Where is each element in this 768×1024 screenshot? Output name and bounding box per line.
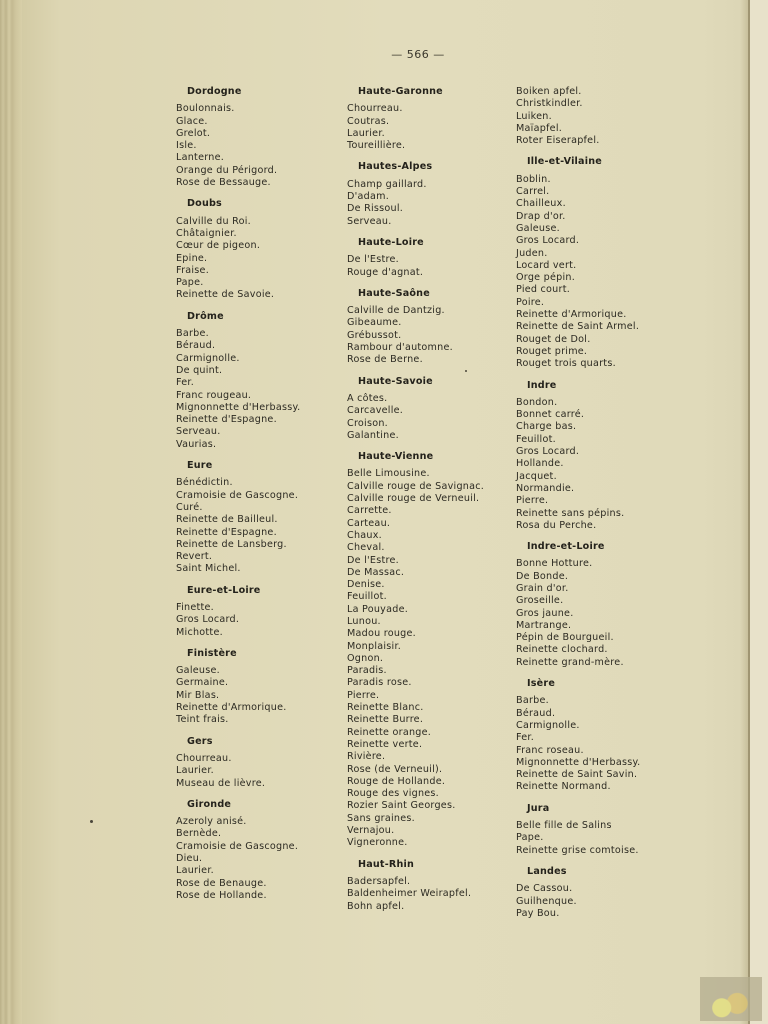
department-section: Haute-LoireDe l'Estre.Rouge d'agnat. (347, 237, 512, 279)
variety-item: Finette. (176, 602, 336, 614)
variety-list: Calville de Dantzig.Gibeaume.Grébussot.R… (347, 305, 512, 366)
department-heading: Doubs (187, 198, 336, 210)
variety-item: Isle. (176, 140, 336, 152)
department-heading: Haute-Savoie (358, 376, 512, 388)
variety-item: Ognon. (347, 653, 512, 665)
department-section: EureBénédictin.Cramoisie de Gascogne.Cur… (176, 460, 336, 576)
variety-item: De Bonde. (516, 571, 666, 583)
variety-item: Vaurias. (176, 439, 336, 451)
variety-list: Belle Limousine.Calville rouge de Savign… (347, 468, 512, 849)
variety-item: Hollande. (516, 458, 666, 470)
variety-item: Feuillot. (347, 591, 512, 603)
variety-list: Champ gaillard.D'adam.De Rissoul.Serveau… (347, 179, 512, 228)
department-heading: Hautes-Alpes (358, 161, 512, 173)
variety-item: Boblin. (516, 174, 666, 186)
variety-item: Madou rouge. (347, 628, 512, 640)
variety-list: Boulonnais.Glace.Grelot.Isle.Lanterne.Or… (176, 103, 336, 189)
department-heading: Haute-Garonne (358, 86, 512, 98)
variety-item: Jacquet. (516, 471, 666, 483)
variety-item: Boiken apfel. (516, 86, 666, 98)
variety-item: Groseille. (516, 595, 666, 607)
department-section: JuraBelle fille de SalinsPape.Reinette g… (516, 803, 666, 857)
department-section: DoubsCalville du Roi.Châtaignier.Cœur de… (176, 198, 336, 301)
variety-item: Monplaisir. (347, 641, 512, 653)
variety-item: De Rissoul. (347, 203, 512, 215)
variety-item: Rouge de Hollande. (347, 776, 512, 788)
department-heading: Haute-Saône (358, 288, 512, 300)
ink-speck (90, 820, 93, 823)
variety-item: Normandie. (516, 483, 666, 495)
variety-item: Christkindler. (516, 98, 666, 110)
variety-item: Museau de lièvre. (176, 778, 336, 790)
variety-item: Cramoisie de Gascogne. (176, 490, 336, 502)
variety-item: Badersapfel. (347, 876, 512, 888)
department-section: Haute-GaronneChourreau.Coutras.Laurier.T… (347, 86, 512, 152)
department-heading: Isère (527, 678, 666, 690)
variety-item: Pay Bou. (516, 908, 666, 920)
variety-item: Fer. (176, 377, 336, 389)
variety-item: Epine. (176, 253, 336, 265)
variety-item: Reinette Normand. (516, 781, 666, 793)
variety-item: Rose de Hollande. (176, 890, 336, 902)
variety-item: Calville rouge de Verneuil. (347, 493, 512, 505)
book-binding-edge (0, 0, 22, 1024)
department-section: Indre-et-LoireBonne Hotture.De Bonde.Gra… (516, 541, 666, 669)
variety-item: Teint frais. (176, 714, 336, 726)
variety-item: Reinette de Saint Armel. (516, 321, 666, 333)
variety-item: Carrel. (516, 186, 666, 198)
variety-list: De Cassou.Guilhenque.Pay Bou. (516, 883, 666, 920)
variety-item: De l'Estre. (347, 254, 512, 266)
variety-item: Gros Locard. (516, 446, 666, 458)
department-section: IndreBondon.Bonnet carré.Charge bas.Feui… (516, 380, 666, 533)
variety-item: Bohn apfel. (347, 901, 512, 913)
variety-item: Revert. (176, 551, 336, 563)
variety-item: Feuillot. (516, 434, 666, 446)
variety-item: Rozier Saint Georges. (347, 800, 512, 812)
department-section: GirondeAzeroly anisé.Bernède.Cramoisie d… (176, 799, 336, 902)
variety-item: Baldenheimer Weirapfel. (347, 888, 512, 900)
variety-item: Pape. (176, 277, 336, 289)
variety-item: Locard vert. (516, 260, 666, 272)
variety-item: Cramoisie de Gascogne. (176, 841, 336, 853)
watermark-thumbnail (700, 977, 762, 1021)
variety-item: Reinette d'Espagne. (176, 527, 336, 539)
variety-item: Sans graines. (347, 813, 512, 825)
department-section: Ille-et-VilaineBoblin.Carrel.Chailleux.D… (516, 156, 666, 370)
variety-list: Boblin.Carrel.Chailleux.Drap d'or.Galeus… (516, 174, 666, 371)
variety-item: A côtes. (347, 393, 512, 405)
variety-item: Cheval. (347, 542, 512, 554)
department-heading: Eure-et-Loire (187, 585, 336, 597)
variety-item: Guilhenque. (516, 896, 666, 908)
variety-item: De Cassou. (516, 883, 666, 895)
variety-item: Luiken. (516, 111, 666, 123)
variety-item: Calville rouge de Savignac. (347, 481, 512, 493)
department-section: Hautes-AlpesChamp gaillard.D'adam.De Ris… (347, 161, 512, 227)
variety-item: Galeuse. (176, 665, 336, 677)
variety-item: Rouge d'agnat. (347, 267, 512, 279)
variety-item: Fraise. (176, 265, 336, 277)
variety-item: Orange du Périgord. (176, 165, 336, 177)
column-2: Haute-GaronneChourreau.Coutras.Laurier.T… (347, 86, 512, 922)
variety-item: Croison. (347, 418, 512, 430)
variety-item: Maïapfel. (516, 123, 666, 135)
page-number: — 566 — (0, 48, 768, 61)
variety-item: Michotte. (176, 627, 336, 639)
variety-item: De Massac. (347, 567, 512, 579)
next-page-strip (750, 0, 768, 1024)
variety-item: Martrange. (516, 620, 666, 632)
variety-item: Denise. (347, 579, 512, 591)
variety-item: Calville de Dantzig. (347, 305, 512, 317)
variety-item: Chaux. (347, 530, 512, 542)
variety-item: Reinette grand-mère. (516, 657, 666, 669)
department-section: GersChourreau.Laurier.Museau de lièvre. (176, 736, 336, 790)
variety-item: Gros jaune. (516, 608, 666, 620)
variety-item: De l'Estre. (347, 555, 512, 567)
variety-item: Charge bas. (516, 421, 666, 433)
variety-item: Roter Eiserapfel. (516, 135, 666, 147)
variety-item: Mignonnette d'Herbassy. (176, 402, 336, 414)
variety-list: Boiken apfel.Christkindler.Luiken.Maïapf… (516, 86, 666, 147)
variety-item: Rose de Berne. (347, 354, 512, 366)
variety-item: Glace. (176, 116, 336, 128)
department-heading: Landes (527, 866, 666, 878)
variety-item: Pépin de Bourgueil. (516, 632, 666, 644)
variety-item: Bénédictin. (176, 477, 336, 489)
variety-list: Finette.Gros Locard.Michotte. (176, 602, 336, 639)
variety-list: Chourreau.Laurier.Museau de lièvre. (176, 753, 336, 790)
variety-list: Calville du Roi.Châtaignier.Cœur de pige… (176, 216, 336, 302)
variety-item: Mignonnette d'Herbassy. (516, 757, 666, 769)
variety-list: Bénédictin.Cramoisie de Gascogne.Curé.Re… (176, 477, 336, 575)
variety-item: Rose de Benauge. (176, 878, 336, 890)
department-heading: Drôme (187, 311, 336, 323)
variety-item: Bernède. (176, 828, 336, 840)
variety-item: Franc roseau. (516, 745, 666, 757)
department-section: Haute-SaôneCalville de Dantzig.Gibeaume.… (347, 288, 512, 367)
department-heading: Finistère (187, 648, 336, 660)
variety-list: Barbe.Béraud.Carmignolle.De quint.Fer.Fr… (176, 328, 336, 451)
variety-list: Badersapfel.Baldenheimer Weirapfel.Bohn … (347, 876, 512, 913)
variety-item: Saint Michel. (176, 563, 336, 575)
department-section: Haute-SavoieA côtes.Carcavelle.Croison.G… (347, 376, 512, 442)
variety-item: Rouget de Dol. (516, 334, 666, 346)
variety-item: Rambour d'automne. (347, 342, 512, 354)
variety-item: Bondon. (516, 397, 666, 409)
department-section: FinistèreGaleuse.Germaine.Mir Blas.Reine… (176, 648, 336, 727)
variety-item: Pierre. (516, 495, 666, 507)
variety-item: Barbe. (176, 328, 336, 340)
variety-item: Reinette de Savoie. (176, 289, 336, 301)
variety-item: Bonnet carré. (516, 409, 666, 421)
variety-list: A côtes.Carcavelle.Croison.Galantine. (347, 393, 512, 442)
variety-item: Curé. (176, 502, 336, 514)
variety-item: Reinette grise comtoise. (516, 845, 666, 857)
variety-list: Barbe.Béraud.Carmignolle.Fer.Franc rosea… (516, 695, 666, 793)
variety-item: Belle fille de Salins (516, 820, 666, 832)
variety-item: Reinette Blanc. (347, 702, 512, 714)
variety-item: Béraud. (516, 708, 666, 720)
variety-item: Pape. (516, 832, 666, 844)
variety-item: Reinette de Lansberg. (176, 539, 336, 551)
variety-item: Reinette d'Armorique. (176, 702, 336, 714)
variety-item: Mir Blas. (176, 690, 336, 702)
department-section: DordogneBoulonnais.Glace.Grelot.Isle.Lan… (176, 86, 336, 189)
variety-item: Carmignolle. (176, 353, 336, 365)
department-heading: Jura (527, 803, 666, 815)
department-heading: Haute-Vienne (358, 451, 512, 463)
variety-list: Galeuse.Germaine.Mir Blas.Reinette d'Arm… (176, 665, 336, 726)
variety-item: Reinette d'Espagne. (176, 414, 336, 426)
variety-item: Carmignolle. (516, 720, 666, 732)
variety-item: Serveau. (347, 216, 512, 228)
variety-item: Rose (de Verneuil). (347, 764, 512, 776)
column-1: DordogneBoulonnais.Glace.Grelot.Isle.Lan… (176, 86, 336, 911)
department-heading: Gers (187, 736, 336, 748)
department-heading: Gironde (187, 799, 336, 811)
variety-item: Poire. (516, 297, 666, 309)
variety-list: Belle fille de SalinsPape.Reinette grise… (516, 820, 666, 857)
variety-item: Reinette sans pépins. (516, 508, 666, 520)
department-section: Eure-et-LoireFinette.Gros Locard.Michott… (176, 585, 336, 639)
variety-item: Laurier. (347, 128, 512, 140)
department-heading: Indre (527, 380, 666, 392)
ink-speck (465, 370, 467, 372)
variety-item: Lanterne. (176, 152, 336, 164)
department-heading: Dordogne (187, 86, 336, 98)
variety-item: Laurier. (176, 865, 336, 877)
variety-item: Rouget trois quarts. (516, 358, 666, 370)
variety-item: Reinette Burre. (347, 714, 512, 726)
variety-item: Serveau. (176, 426, 336, 438)
variety-item: Champ gaillard. (347, 179, 512, 191)
variety-item: Orge pépin. (516, 272, 666, 284)
variety-item: Vigneronne. (347, 837, 512, 849)
variety-item: Chourreau. (176, 753, 336, 765)
variety-item: Barbe. (516, 695, 666, 707)
variety-item: Carteau. (347, 518, 512, 530)
variety-item: Azeroly anisé. (176, 816, 336, 828)
variety-item: Toureillière. (347, 140, 512, 152)
variety-item: Grain d'or. (516, 583, 666, 595)
variety-item: Béraud. (176, 340, 336, 352)
variety-item: Reinette de Bailleul. (176, 514, 336, 526)
variety-item: Carrette. (347, 505, 512, 517)
variety-item: Belle Limousine. (347, 468, 512, 480)
variety-item: Franc rougeau. (176, 390, 336, 402)
variety-item: Gros Locard. (516, 235, 666, 247)
department-section: IsèreBarbe.Béraud.Carmignolle.Fer.Franc … (516, 678, 666, 794)
variety-item: Drap d'or. (516, 211, 666, 223)
department-section: Haut-RhinBadersapfel.Baldenheimer Weirap… (347, 859, 512, 913)
variety-item: Chourreau. (347, 103, 512, 115)
department-heading: Eure (187, 460, 336, 472)
variety-item: Reinette d'Armorique. (516, 309, 666, 321)
variety-item: Reinette orange. (347, 727, 512, 739)
variety-item: Reinette clochard. (516, 644, 666, 656)
variety-list: Bonne Hotture.De Bonde.Grain d'or.Grosei… (516, 558, 666, 669)
variety-item: Bonne Hotture. (516, 558, 666, 570)
variety-item: Rivière. (347, 751, 512, 763)
variety-item: Rouge des vignes. (347, 788, 512, 800)
variety-item: Rose de Bessauge. (176, 177, 336, 189)
variety-list: Azeroly anisé.Bernède.Cramoisie de Gasco… (176, 816, 336, 902)
variety-item: Châtaignier. (176, 228, 336, 240)
variety-item: Grelot. (176, 128, 336, 140)
variety-item: Pied court. (516, 284, 666, 296)
department-section: Boiken apfel.Christkindler.Luiken.Maïapf… (516, 86, 666, 147)
variety-list: Bondon.Bonnet carré.Charge bas.Feuillot.… (516, 397, 666, 532)
variety-item: Coutras. (347, 116, 512, 128)
variety-item: Reinette de Saint Savin. (516, 769, 666, 781)
variety-list: De l'Estre.Rouge d'agnat. (347, 254, 512, 279)
variety-item: Paradis. (347, 665, 512, 677)
variety-item: Juden. (516, 248, 666, 260)
variety-item: Pierre. (347, 690, 512, 702)
variety-item: Grébussot. (347, 330, 512, 342)
variety-item: Galantine. (347, 430, 512, 442)
variety-item: Lunou. (347, 616, 512, 628)
department-section: LandesDe Cassou.Guilhenque.Pay Bou. (516, 866, 666, 920)
department-heading: Indre-et-Loire (527, 541, 666, 553)
variety-item: Dieu. (176, 853, 336, 865)
department-section: Haute-VienneBelle Limousine.Calville rou… (347, 451, 512, 850)
department-heading: Haute-Loire (358, 237, 512, 249)
variety-item: Vernajou. (347, 825, 512, 837)
variety-item: Carcavelle. (347, 405, 512, 417)
variety-item: Calville du Roi. (176, 216, 336, 228)
variety-item: Rouget prime. (516, 346, 666, 358)
variety-item: Gros Locard. (176, 614, 336, 626)
variety-item: Galeuse. (516, 223, 666, 235)
variety-item: Rosa du Perche. (516, 520, 666, 532)
variety-item: D'adam. (347, 191, 512, 203)
department-section: DrômeBarbe.Béraud.Carmignolle.De quint.F… (176, 311, 336, 451)
variety-item: De quint. (176, 365, 336, 377)
column-3: Boiken apfel.Christkindler.Luiken.Maïapf… (516, 86, 666, 929)
department-heading: Ille-et-Vilaine (527, 156, 666, 168)
variety-item: Chailleux. (516, 198, 666, 210)
variety-item: Boulonnais. (176, 103, 336, 115)
variety-item: Germaine. (176, 677, 336, 689)
variety-item: Fer. (516, 732, 666, 744)
variety-list: Chourreau.Coutras.Laurier.Toureillière. (347, 103, 512, 152)
variety-item: Cœur de pigeon. (176, 240, 336, 252)
variety-item: Paradis rose. (347, 677, 512, 689)
variety-item: Gibeaume. (347, 317, 512, 329)
variety-item: La Pouyade. (347, 604, 512, 616)
variety-item: Reinette verte. (347, 739, 512, 751)
variety-item: Laurier. (176, 765, 336, 777)
department-heading: Haut-Rhin (358, 859, 512, 871)
book-page: — 566 — DordogneBoulonnais.Glace.Grelot.… (0, 0, 768, 1024)
